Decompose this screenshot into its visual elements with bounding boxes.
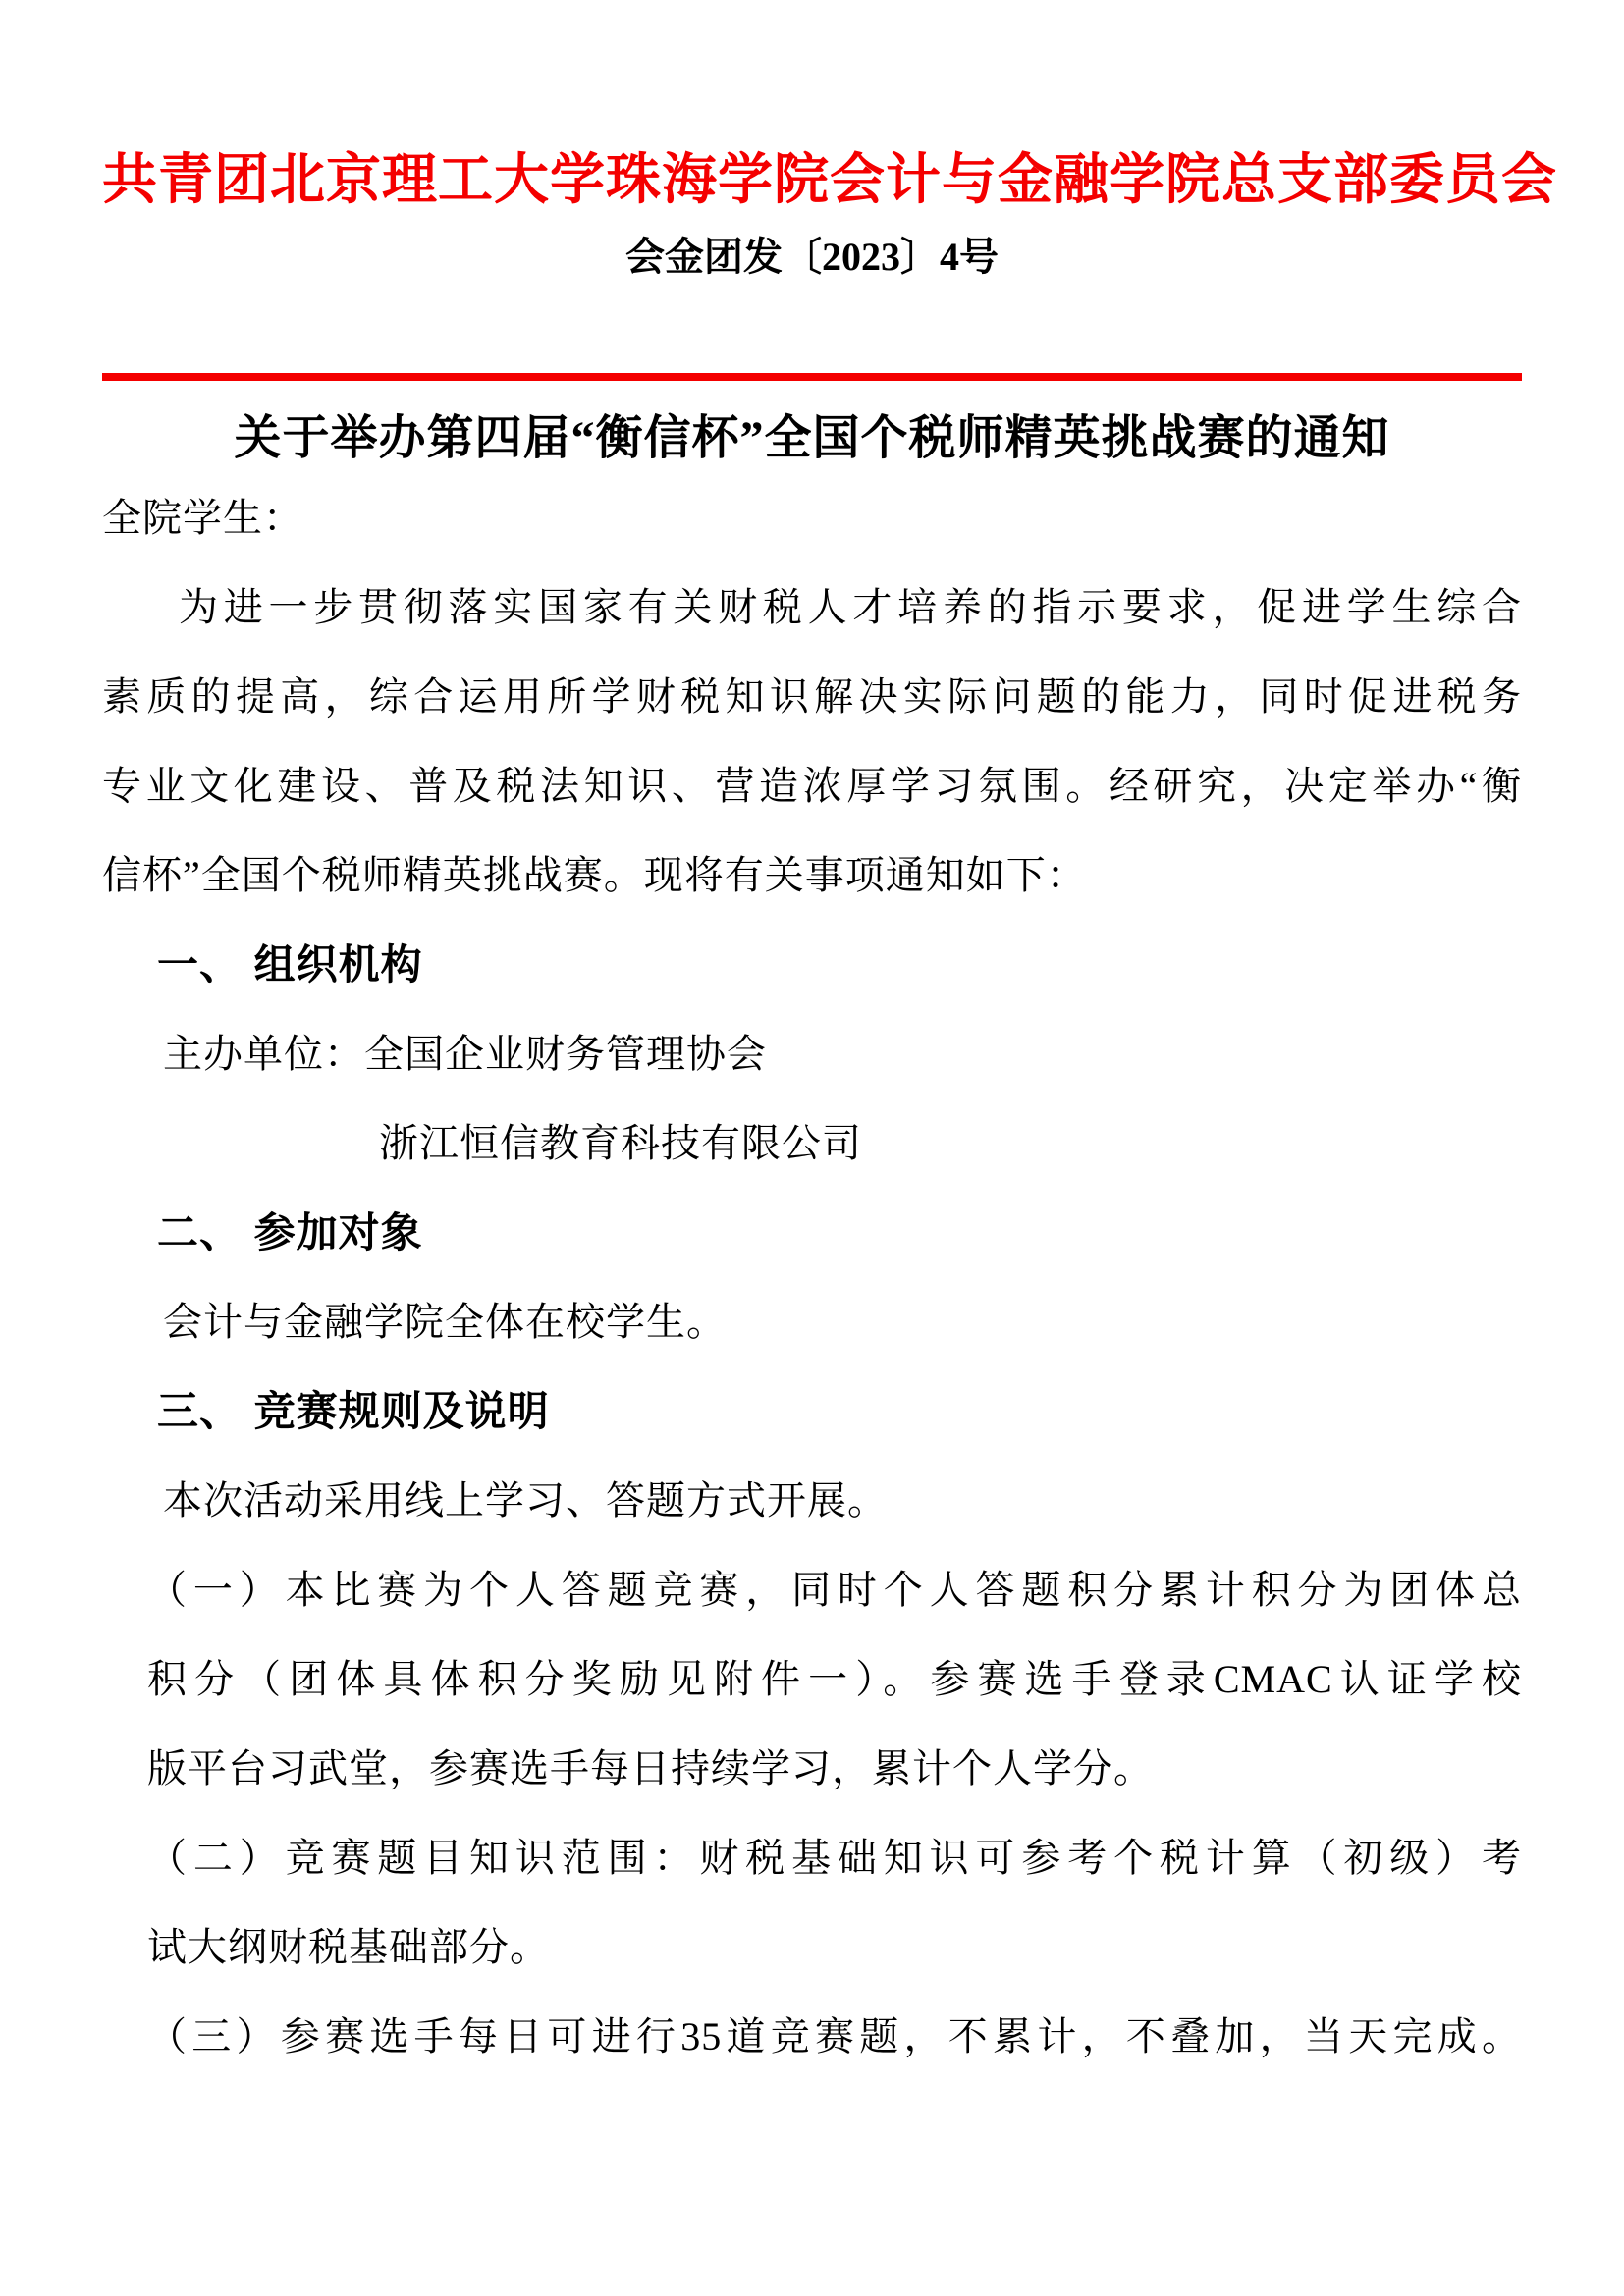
red-divider-line — [102, 373, 1522, 381]
notice-title: 关于举办第四届“衡信杯”全国个税师精英挑战赛的通知 — [102, 404, 1522, 473]
rule-item-1-line-3: 版平台习武堂，参赛选手每日持续学习，累计个人学分。 — [102, 1724, 1522, 1813]
doc-number: 会金团发〔2023〕4号 — [102, 232, 1522, 283]
document-body: 关于举办第四届“衡信杯”全国个税师精英挑战赛的通知 全院学生： 为进一步贯彻落实… — [102, 404, 1522, 2081]
organizer-line-2: 浙江恒信教育科技有限公司 — [102, 1098, 1522, 1188]
section-2-content: 会计与金融学院全体在校学生。 — [102, 1277, 1522, 1366]
rule-item-1-line-1: （一）本比赛为个人答题竞赛，同时个人答题积分累计积分为团体总 — [102, 1545, 1522, 1634]
intro-line-1: 为进一步贯彻落实国家有关财税人才培养的指示要求，促进学生综合 — [102, 562, 1522, 652]
section-3-heading: 三、 竞赛规则及说明 — [102, 1366, 1522, 1456]
intro-line-4: 信杯”全国个税师精英挑战赛。现将有关事项通知如下： — [102, 830, 1522, 920]
rule-item-3-line-1: （三）参赛选手每日可进行35道竞赛题，不累计，不叠加，当天完成。 — [102, 1992, 1522, 2081]
rule-item-1-line-2: 积分（团体具体积分奖励见附件一）。参赛选手登录CMAC认证学校 — [102, 1634, 1522, 1724]
rule-item-2-line-1: （二）竞赛题目知识范围：财税基础知识可参考个税计算（初级）考 — [102, 1813, 1522, 1902]
organizer-line-1: 主办单位：全国企业财务管理协会 — [102, 1009, 1522, 1098]
org-title: 共青团北京理工大学珠海学院会计与金融学院总支部委员会 — [102, 145, 1522, 216]
intro-line-3: 专业文化建设、普及税法知识、营造浓厚学习氛围。经研究，决定举办“衡 — [102, 741, 1522, 830]
intro-line-2: 素质的提高，综合运用所学财税知识解决实际问题的能力，同时促进税务 — [102, 652, 1522, 741]
rule-item-2-line-2: 试大纲财税基础部分。 — [102, 1902, 1522, 1992]
section-2-heading: 二、 参加对象 — [102, 1188, 1522, 1277]
section-3-intro: 本次活动采用线上学习、答题方式开展。 — [102, 1456, 1522, 1545]
document-page: 共青团北京理工大学珠海学院会计与金融学院总支部委员会 会金团发〔2023〕4号 … — [0, 0, 1624, 2296]
document-header: 共青团北京理工大学珠海学院会计与金融学院总支部委员会 会金团发〔2023〕4号 — [102, 145, 1522, 381]
section-1-heading: 一、 组织机构 — [102, 920, 1522, 1009]
salutation: 全院学生： — [102, 473, 1522, 562]
